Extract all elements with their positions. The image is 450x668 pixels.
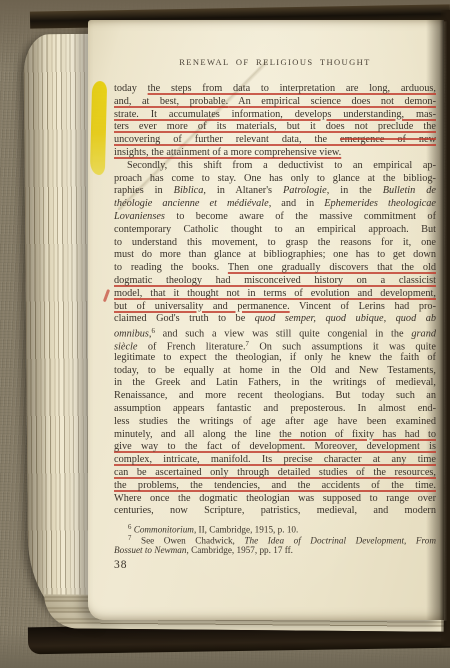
body-line: the problems, the tendencies, and the ac… <box>114 480 436 493</box>
body-line: to reading the books. Then one gradually… <box>114 262 436 275</box>
book-page: RENEWAL OF RELIGIOUS THOUGHT today the s… <box>88 20 444 620</box>
yellow-margin-highlight <box>90 81 107 175</box>
body-line: ters ever more of its materials, but it … <box>114 121 436 134</box>
body-line: théologie ancienne et médiévale, and in … <box>114 198 436 211</box>
body-line: less studies the writings of age after a… <box>114 416 436 429</box>
body-line: omnibus,6 and such a view was still quit… <box>114 326 436 339</box>
body-line: dogmatic theology had misconceived histo… <box>114 275 436 288</box>
body-line: proach has come to stay. One has only to… <box>114 173 436 186</box>
body-line: Where once the dogmatic theologian was s… <box>114 493 436 506</box>
body-line: legitimate to expect the theologian, if … <box>114 352 436 365</box>
footnote-line: 7 See Owen Chadwick, The Idea of Doctrin… <box>114 533 436 544</box>
body-line: complex, intricate, manifold. Its precis… <box>114 454 436 467</box>
body-line: assumption appears fantastic and prepost… <box>114 403 436 416</box>
footnote-line: Bossuet to Newman, Cambridge, 1957, pp. … <box>114 545 436 556</box>
body-line: today, to be equally at home in the Old … <box>114 365 436 378</box>
footnotes: 6 Commonitorium, II, Cambridge, 1915, p.… <box>114 522 436 556</box>
body-line: model, that it thought not in terms of e… <box>114 288 436 301</box>
body-line: give way to the fact of development. Mor… <box>114 441 436 454</box>
body-line: uncovering of further relevant data, the… <box>114 134 436 147</box>
body-line: insights, the attainment of a more compr… <box>114 147 436 160</box>
body-text: today the steps from data to interpretat… <box>114 83 436 518</box>
body-line: Secondly, this shift from a deductivist … <box>114 160 436 173</box>
body-line: and, at best, probable. An empirical sci… <box>114 96 436 109</box>
body-line: minutely, and all along the line the not… <box>114 429 436 442</box>
body-line: raphies in Biblica, in Altaner's Patrolo… <box>114 185 436 198</box>
footnote-line: 6 Commonitorium, II, Cambridge, 1915, p.… <box>114 522 436 533</box>
body-line: can be ascertained only through detailed… <box>114 467 436 480</box>
body-line: Lovanienses to become aware of the massi… <box>114 211 436 224</box>
body-line: Renaissance, and more recent theologians… <box>114 390 436 403</box>
body-line: centuries, now Scripture, patristics, me… <box>114 505 436 518</box>
body-line: today the steps from data to interpretat… <box>114 83 436 96</box>
page-number: 38 <box>114 559 128 571</box>
running-header: RENEWAL OF RELIGIOUS THOUGHT <box>114 57 436 67</box>
body-line: in the Greek and Latin Fathers, in the w… <box>114 377 436 390</box>
body-line: to understand this movement, to grasp th… <box>114 237 436 250</box>
red-margin-tick <box>103 289 110 302</box>
body-line: but of universality and permanence. Vinc… <box>114 301 436 314</box>
body-line: must do more than glance at bibliographi… <box>114 249 436 262</box>
body-line: contemporary Catholic thought to an empi… <box>114 224 436 237</box>
body-line: claimed God's truth to be quod semper, q… <box>114 313 436 326</box>
body-line: strate. It accumulates information, deve… <box>114 109 436 122</box>
body-line: siècle of French literature.7 On such as… <box>114 339 436 352</box>
